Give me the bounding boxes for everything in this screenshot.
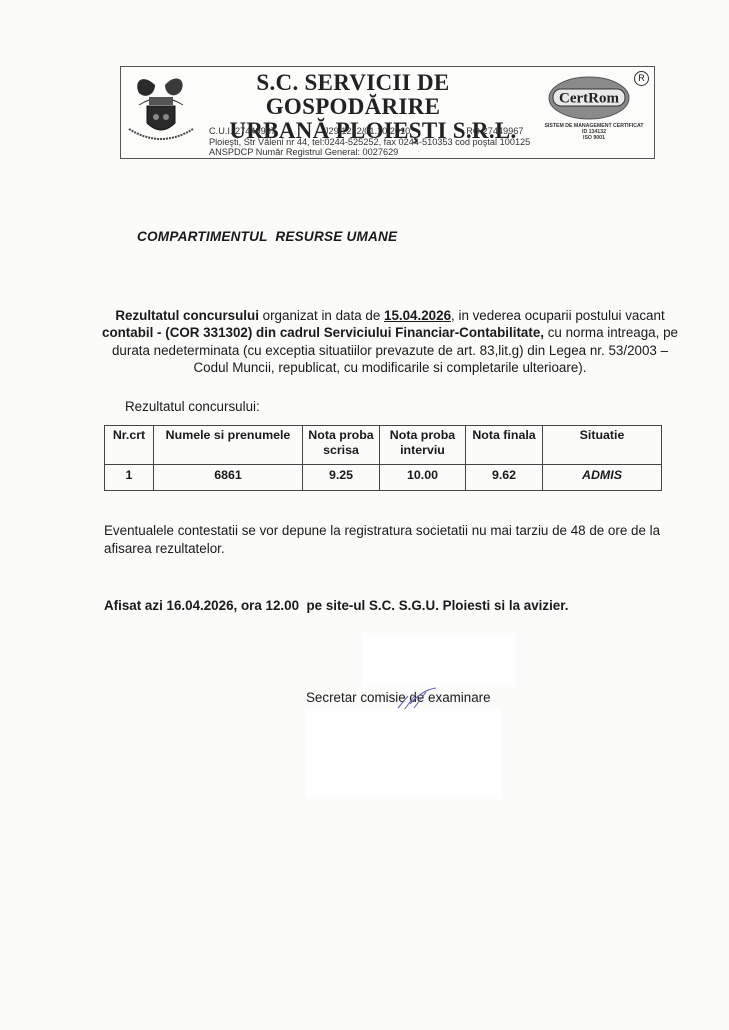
column-header: Nota proba interviu — [380, 426, 466, 465]
company-name-line1: S.C. SERVICII DE GOSPODĂRIRE — [173, 71, 533, 119]
company-details: C.U.I. 27449967J29/1212/01.10.2010RO 274… — [209, 126, 530, 158]
results-label: Rezultatul concursului: — [125, 399, 260, 414]
column-header: Nota proba scrisa — [303, 426, 380, 465]
column-header: Nota finala — [466, 426, 543, 465]
redacted-area — [305, 709, 501, 799]
cell-interview-score: 10.00 — [380, 465, 466, 491]
certrom-certification: CertRom R SISTEM DE MANAGEMENT CERTIFICA… — [537, 71, 651, 153]
anspdcp-number: ANSPDCP Număr Registrul General: 0027629 — [209, 147, 398, 157]
position-title: contabil - (COR 331302) din cadrul Servi… — [102, 325, 544, 340]
registered-trademark-icon: R — [634, 71, 649, 86]
department-title: COMPARTIMENTUL RESURSE UMANE — [137, 229, 397, 244]
column-header: Situatie — [543, 426, 662, 465]
intro-paragraph: Rezultatul concursului organizat in data… — [100, 307, 680, 376]
address: Ploieşti, Str Văleni nr 44, tel:0244-525… — [209, 137, 530, 147]
cell-nr: 1 — [105, 465, 154, 491]
redacted-area — [363, 633, 516, 687]
table-row: 1 6861 9.25 10.00 9.62 ADMIS — [105, 465, 662, 491]
cui: C.U.I. 27449967 — [209, 126, 276, 136]
results-table: Nr.crt Numele si prenumele Nota proba sc… — [104, 425, 662, 491]
certification-text: SISTEM DE MANAGEMENT CERTIFICAT ID 13413… — [537, 123, 651, 141]
cell-status: ADMIS — [543, 465, 662, 491]
ro-code: RO 27449967 — [466, 126, 523, 136]
letterhead: S.C. SERVICII DE GOSPODĂRIRE URBANĂ PLOI… — [120, 66, 655, 159]
column-header: Nr.crt — [105, 426, 154, 465]
contest-date: 15.04.2026 — [384, 308, 451, 323]
cell-name: 6861 — [154, 465, 303, 491]
registry-number: J29/1212/01.10.2010 — [324, 126, 410, 136]
posting-statement: Afisat azi 16.04.2026, ora 12.00 pe site… — [104, 598, 568, 613]
column-header: Numele si prenumele — [154, 426, 303, 465]
cell-final-score: 9.62 — [466, 465, 543, 491]
table-header-row: Nr.crt Numele si prenumele Nota proba sc… — [105, 426, 662, 465]
svg-text:CertRom: CertRom — [559, 91, 619, 107]
appeals-notice: Eventualele contestatii se vor depune la… — [104, 522, 669, 557]
cell-written-score: 9.25 — [303, 465, 380, 491]
